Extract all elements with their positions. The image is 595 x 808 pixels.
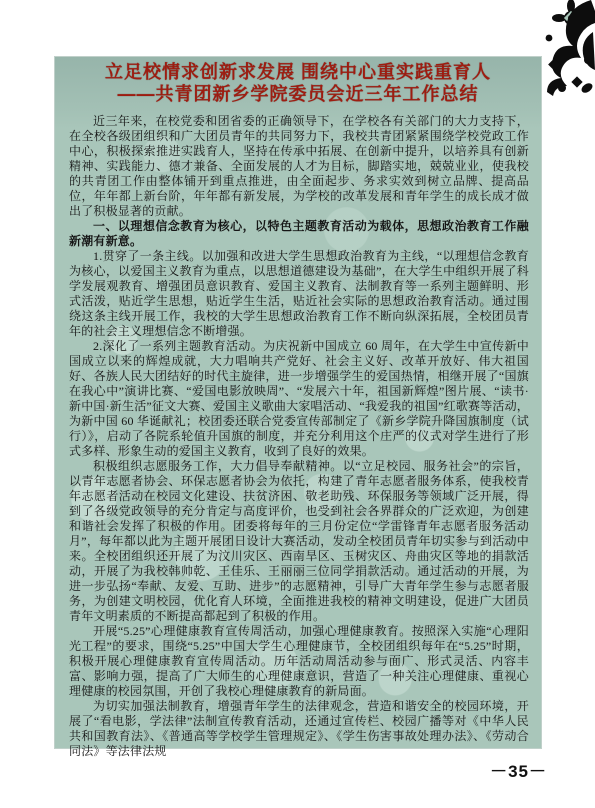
document-title: 立足校情求创新求发展 围绕中心重实践重育人 ——共青团新乡学院委员会近三年工作总… xyxy=(55,57,541,105)
scanned-document-page: { "window": { "width": 595, "height": 80… xyxy=(0,0,595,808)
page-number: －35－ xyxy=(490,757,547,782)
title-line-1: 立足校情求创新求发展 围绕中心重实践重育人 xyxy=(55,61,541,83)
section-heading-1: 一、以理想信念教育为核心，以特色主题教育活动为载体，思想政治教育工作融新潮有新意… xyxy=(69,219,529,249)
paragraph-mental-health: 开展“5.25”心理健康教育宣传周活动，加强心理健康教育。按照深入实施“心理阳光… xyxy=(69,624,529,699)
paragraph-main-line: 1.贯穿了一条主线。以加强和改进大学生思想政治教育为主线，“以理想信念教育为核心… xyxy=(69,249,529,339)
paragraph-legal-education: 为切实加强法制教育，增强青年学生的法律观念，营造和谐安全的校园环境，开展了“看电… xyxy=(69,699,529,759)
document-page: 立足校情求创新求发展 围绕中心重实践重育人 ——共青团新乡学院委员会近三年工作总… xyxy=(55,57,541,748)
paragraph-theme-education: 2.深化了一系列主题教育活动。为庆祝新中国成立 60 周年，在大学生中宣传新中国… xyxy=(69,339,529,459)
paragraph-volunteer-service: 积极组织志愿服务工作，大力倡导奉献精神。以“立足校园、服务社会”的宗旨，以青年志… xyxy=(69,459,529,624)
paragraph-intro: 近三年来，在校党委和团省委的正确领导下，在学校各有关部门的大力支持下，在全校各级… xyxy=(69,114,529,219)
document-body: 近三年来，在校党委和团省委的正确领导下，在学校各有关部门的大力支持下，在全校各级… xyxy=(69,114,529,759)
title-line-2: ——共青团新乡学院委员会近三年工作总结 xyxy=(55,83,541,105)
